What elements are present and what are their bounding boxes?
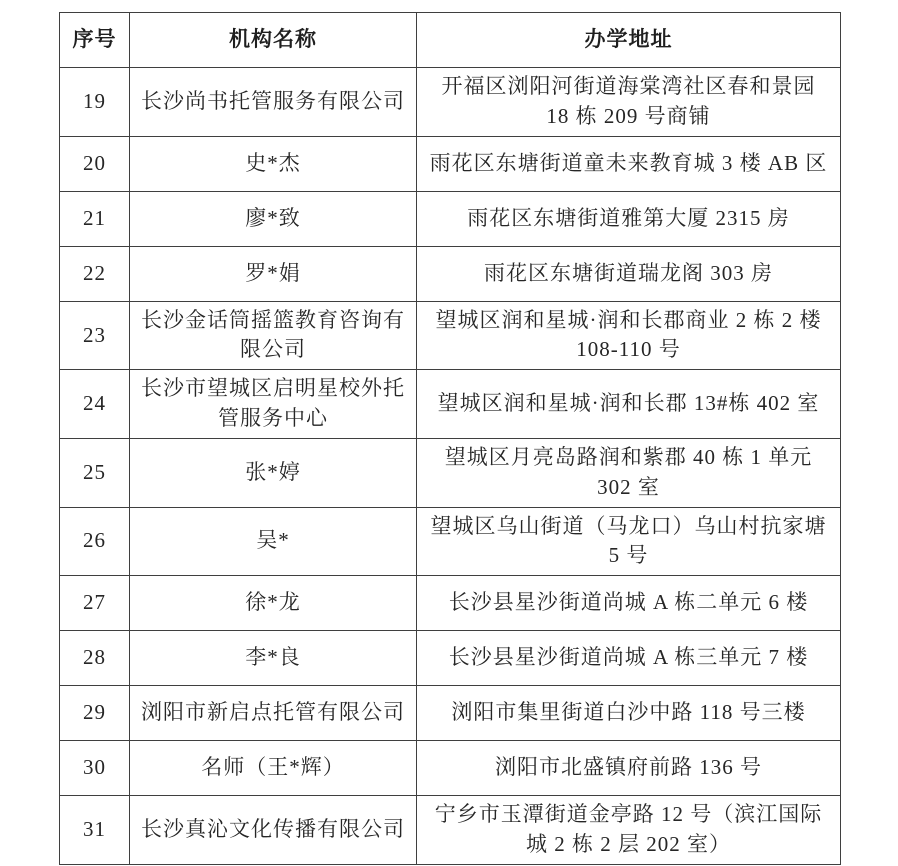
institution-name-cell: 名师（王*辉） — [130, 741, 417, 796]
institution-address-cell: 望城区月亮岛路润和紫郡 40 栋 1 单元 302 室 — [417, 438, 841, 507]
row-index-cell: 30 — [60, 741, 130, 796]
institution-address-cell: 望城区乌山街道（马龙口）乌山村抗家塘 5 号 — [417, 507, 841, 576]
table-row: 19 长沙尚书托管服务有限公司 开福区浏阳河街道海棠湾社区春和景园 18 栋 2… — [60, 68, 841, 137]
institution-address-cell: 长沙县星沙街道尚城 A 栋二单元 6 楼 — [417, 576, 841, 631]
table-row: 20 史*杰 雨花区东塘街道童未来教育城 3 楼 AB 区 — [60, 136, 841, 191]
header-row: 序号 机构名称 办学地址 — [60, 13, 841, 68]
institution-address-cell: 开福区浏阳河街道海棠湾社区春和景园 18 栋 209 号商铺 — [417, 68, 841, 137]
table-header: 序号 机构名称 办学地址 — [60, 13, 841, 68]
institution-address-cell: 宁乡市玉潭街道金亭路 12 号（滨江国际城 2 栋 2 层 202 室） — [417, 796, 841, 865]
row-index-cell: 23 — [60, 301, 130, 370]
institutions-table: 序号 机构名称 办学地址 19 长沙尚书托管服务有限公司 开福区浏阳河街道海棠湾… — [59, 12, 841, 865]
table-row: 29 浏阳市新启点托管有限公司 浏阳市集里街道白沙中路 118 号三楼 — [60, 686, 841, 741]
institution-address-cell: 雨花区东塘街道瑞龙阁 303 房 — [417, 246, 841, 301]
institution-name-cell: 廖*致 — [130, 191, 417, 246]
institution-address-cell: 望城区润和星城·润和长郡 13#栋 402 室 — [417, 370, 841, 439]
row-index-cell: 24 — [60, 370, 130, 439]
table-row: 31 长沙真沁文化传播有限公司 宁乡市玉潭街道金亭路 12 号（滨江国际城 2 … — [60, 796, 841, 865]
column-header-name: 机构名称 — [130, 13, 417, 68]
institution-address-cell: 雨花区东塘街道雅第大厦 2315 房 — [417, 191, 841, 246]
table-row: 28 李*良 长沙县星沙街道尚城 A 栋三单元 7 楼 — [60, 631, 841, 686]
institution-address-cell: 望城区润和星城·润和长郡商业 2 栋 2 楼 108-110 号 — [417, 301, 841, 370]
institution-address-cell: 长沙县星沙街道尚城 A 栋三单元 7 楼 — [417, 631, 841, 686]
institution-name-cell: 徐*龙 — [130, 576, 417, 631]
institution-name-cell: 长沙市望城区启明星校外托管服务中心 — [130, 370, 417, 439]
row-index-cell: 26 — [60, 507, 130, 576]
row-index-cell: 28 — [60, 631, 130, 686]
institution-name-cell: 李*良 — [130, 631, 417, 686]
row-index-cell: 25 — [60, 438, 130, 507]
institution-address-cell: 浏阳市集里街道白沙中路 118 号三楼 — [417, 686, 841, 741]
institution-name-cell: 长沙真沁文化传播有限公司 — [130, 796, 417, 865]
table-row: 24 长沙市望城区启明星校外托管服务中心 望城区润和星城·润和长郡 13#栋 4… — [60, 370, 841, 439]
column-header-address: 办学地址 — [417, 13, 841, 68]
row-index-cell: 19 — [60, 68, 130, 137]
table-row: 25 张*婷 望城区月亮岛路润和紫郡 40 栋 1 单元 302 室 — [60, 438, 841, 507]
institution-name-cell: 吴* — [130, 507, 417, 576]
institution-address-cell: 浏阳市北盛镇府前路 136 号 — [417, 741, 841, 796]
institution-name-cell: 罗*娟 — [130, 246, 417, 301]
row-index-cell: 29 — [60, 686, 130, 741]
table-row: 26 吴* 望城区乌山街道（马龙口）乌山村抗家塘 5 号 — [60, 507, 841, 576]
table-row: 21 廖*致 雨花区东塘街道雅第大厦 2315 房 — [60, 191, 841, 246]
column-header-index: 序号 — [60, 13, 130, 68]
table-row: 22 罗*娟 雨花区东塘街道瑞龙阁 303 房 — [60, 246, 841, 301]
table-row: 23 长沙金话筒摇篮教育咨询有限公司 望城区润和星城·润和长郡商业 2 栋 2 … — [60, 301, 841, 370]
table-row: 27 徐*龙 长沙县星沙街道尚城 A 栋二单元 6 楼 — [60, 576, 841, 631]
institution-name-cell: 浏阳市新启点托管有限公司 — [130, 686, 417, 741]
row-index-cell: 31 — [60, 796, 130, 865]
institution-name-cell: 张*婷 — [130, 438, 417, 507]
row-index-cell: 22 — [60, 246, 130, 301]
row-index-cell: 20 — [60, 136, 130, 191]
table-row: 30 名师（王*辉） 浏阳市北盛镇府前路 136 号 — [60, 741, 841, 796]
table-body: 19 长沙尚书托管服务有限公司 开福区浏阳河街道海棠湾社区春和景园 18 栋 2… — [60, 68, 841, 865]
row-index-cell: 21 — [60, 191, 130, 246]
row-index-cell: 27 — [60, 576, 130, 631]
institution-name-cell: 长沙尚书托管服务有限公司 — [130, 68, 417, 137]
institution-name-cell: 史*杰 — [130, 136, 417, 191]
institution-name-cell: 长沙金话筒摇篮教育咨询有限公司 — [130, 301, 417, 370]
institution-address-cell: 雨花区东塘街道童未来教育城 3 楼 AB 区 — [417, 136, 841, 191]
